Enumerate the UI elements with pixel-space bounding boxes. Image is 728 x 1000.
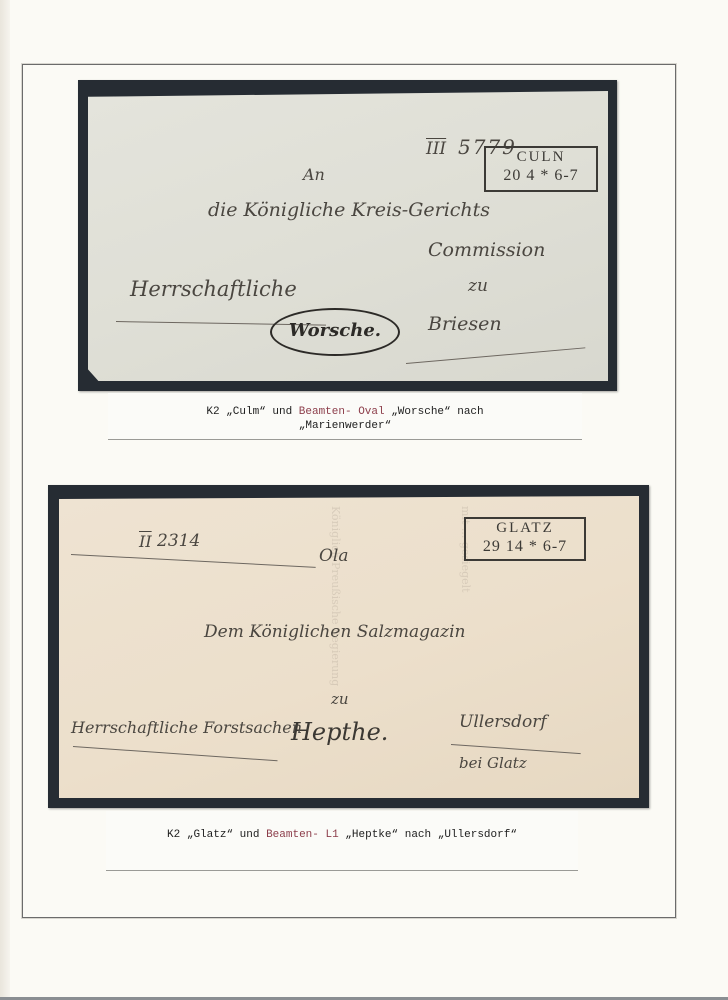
postmark-date: 29 14 * 6-7: [466, 539, 584, 555]
caption-text: K2 „Glatz“ und: [167, 829, 266, 841]
postmark-date: 20 4 * 6-7: [486, 168, 596, 184]
caption-culm: K2 „Culm“ und Beamten- Oval „Worsche“ na…: [108, 393, 582, 440]
address-line-0: Ola: [319, 546, 349, 566]
caption-glatz: K2 „Glatz“ und Beamten- L1 „Heptke“ nach…: [106, 811, 578, 871]
address-line-5: Briesen: [428, 313, 502, 335]
page-left-edge: [0, 0, 10, 1000]
caption-text: „Heptke“ nach „Ullersdorf“: [339, 829, 517, 841]
cover-mount-culm: III 5779 CULN 20 4 * 6-7 An die Königlic…: [78, 80, 617, 391]
caption-text: K2 „Culm“ und: [206, 406, 298, 418]
registration-number: 2314: [157, 531, 200, 551]
address-line-4: bei Glatz: [459, 754, 527, 772]
sender-note: Herrschaftliche Forstsachen: [71, 718, 302, 737]
caption-highlight: Beamten- L1: [266, 829, 339, 841]
address-line-4: zu: [468, 276, 488, 296]
caption-text-line2: „Marienwerder“: [299, 420, 391, 432]
postmark-town: GLATZ: [466, 521, 584, 536]
address-line-1: Dem Königlichen Salzmagazin: [204, 622, 466, 642]
caption-highlight: Beamten- Oval: [299, 406, 385, 418]
cover-mount-glatz: Königlich Preußische Regierung mit ... g…: [48, 485, 649, 808]
underline: [73, 746, 278, 761]
address-line-3: Commission: [428, 239, 545, 261]
postmark-culm: CULN 20 4 * 6-7: [484, 146, 598, 192]
official-l1-stamp: Hepthe.: [291, 718, 388, 746]
postmark-glatz: GLATZ 29 14 * 6-7: [464, 517, 586, 561]
caption-text: „Worsche“ nach: [385, 406, 484, 418]
address-line-2: die Königliche Kreis-Gerichts: [208, 199, 490, 221]
postmark-town: CULN: [486, 150, 596, 165]
cover-culm[interactable]: III 5779 CULN 20 4 * 6-7 An die Königlic…: [88, 91, 608, 381]
registration-roman: III: [426, 139, 446, 159]
cover-glatz[interactable]: Königlich Preußische Regierung mit ... g…: [59, 496, 639, 798]
official-oval-stamp: Worsche.: [270, 308, 400, 356]
underline: [406, 347, 585, 364]
address-line-2: zu: [331, 690, 349, 708]
underline: [71, 554, 316, 568]
sender-note: Herrschaftliche: [130, 277, 297, 301]
address-line-1: An: [303, 165, 325, 184]
address-line-3: Ullersdorf: [459, 712, 547, 732]
registration-roman: II: [139, 532, 152, 551]
